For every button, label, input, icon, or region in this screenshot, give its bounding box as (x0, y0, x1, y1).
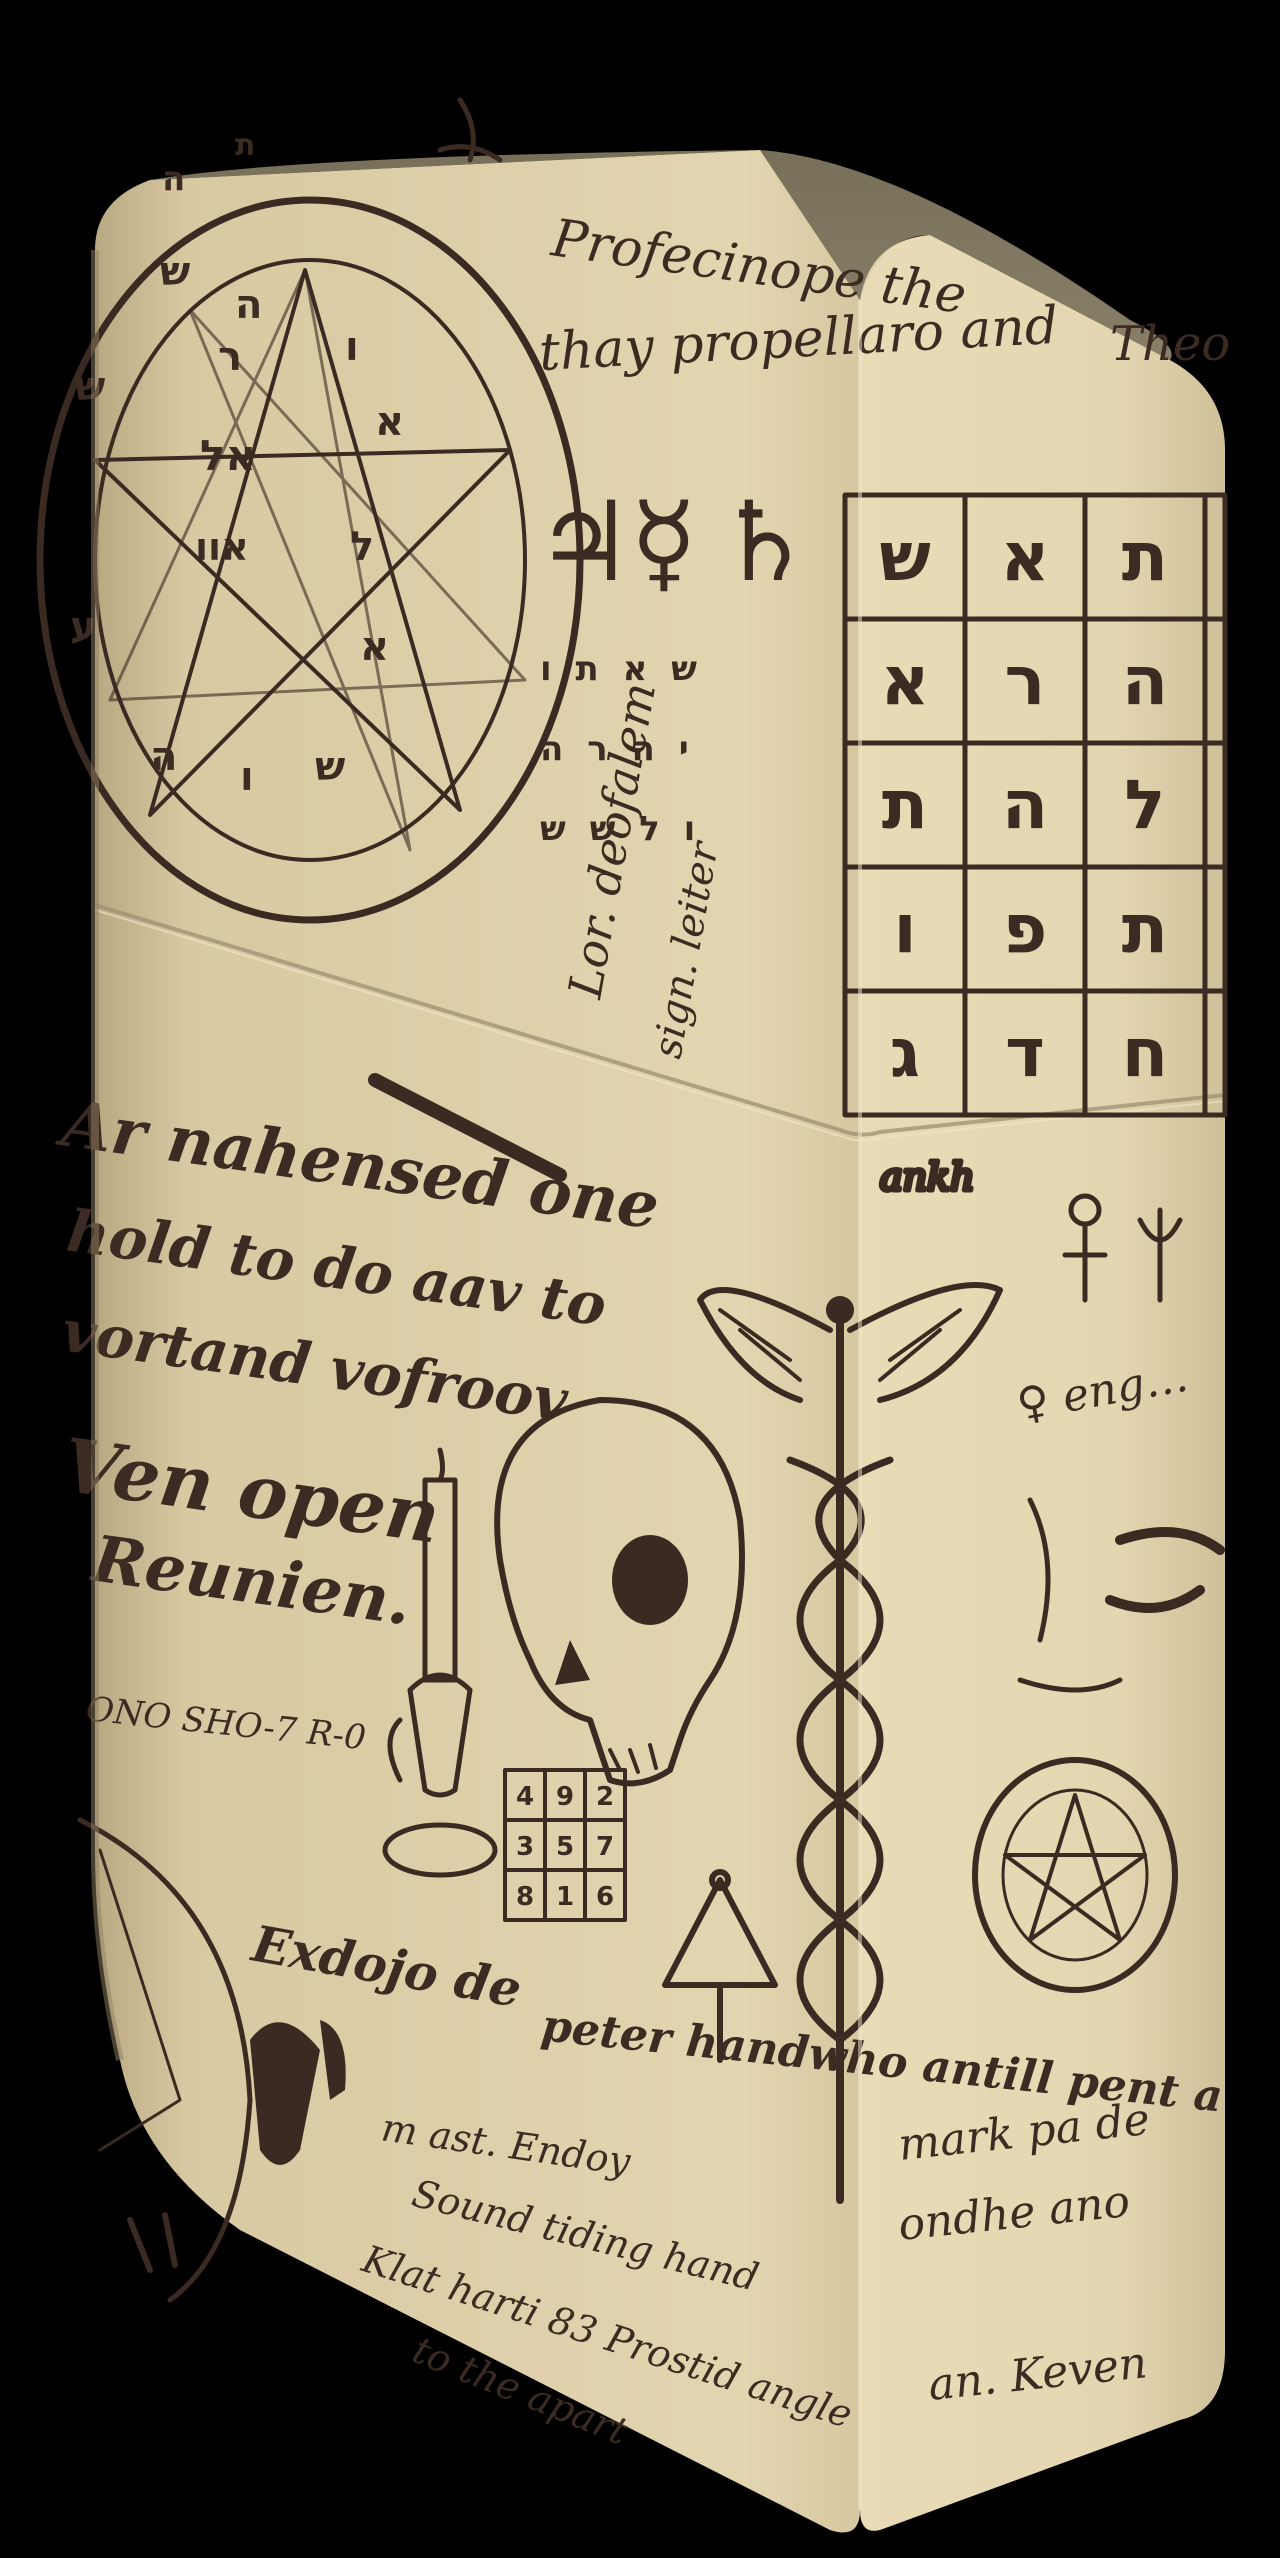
svg-text:ה: ה (1002, 766, 1049, 845)
svg-text:אל: אל (200, 431, 256, 480)
svg-text:אוו: אוו (195, 525, 249, 569)
svg-text:8: 8 (516, 1882, 534, 1912)
svg-text:פ: פ (1003, 890, 1048, 969)
svg-text:ו: ו (345, 324, 359, 370)
svg-text:4: 4 (516, 1782, 534, 1812)
svg-text:1: 1 (556, 1882, 574, 1912)
svg-text:ל: ל (1124, 766, 1165, 845)
svg-text:ח: ח (1122, 1014, 1169, 1093)
svg-text:ש: ש (879, 518, 931, 597)
svg-text:ה: ה (162, 159, 185, 199)
svg-text:ת: ת (882, 766, 928, 845)
svg-text:ankh: ankh (880, 1155, 975, 1199)
svg-text:ה: ה (150, 734, 177, 780)
svg-text:ו: ו (893, 890, 916, 969)
svg-text:ה: ה (1122, 642, 1169, 721)
svg-text:ת: ת (1122, 890, 1168, 969)
svg-text:א: א (880, 642, 930, 721)
svg-text:ש: ש (160, 249, 190, 295)
svg-text:2: 2 (596, 1782, 614, 1812)
svg-text:Theo: Theo (1110, 316, 1230, 372)
svg-text:7: 7 (596, 1832, 614, 1862)
svg-text:3: 3 (516, 1832, 534, 1862)
svg-text:א: א (360, 624, 389, 670)
svg-text:♄: ♄ (715, 478, 814, 606)
svg-text:ו: ו (240, 754, 254, 800)
svg-text:ה: ה (235, 282, 262, 328)
product-photo: ה ת ש ה ר ש ו א אל אוו ל ע א ה ו ש Profe… (0, 0, 1280, 2558)
svg-text:ל: ל (350, 524, 374, 570)
svg-text:ת: ת (235, 128, 256, 163)
svg-text:ג: ג (890, 1014, 920, 1093)
svg-text:☿: ☿ (630, 478, 698, 606)
svg-text:ש: ש (75, 364, 105, 410)
svg-text:5: 5 (556, 1832, 574, 1862)
svg-text:ד: ד (1005, 1014, 1045, 1093)
svg-text:ש: ש (315, 744, 345, 790)
svg-text:6: 6 (596, 1882, 614, 1912)
svg-text:ר: ר (218, 334, 242, 380)
small-magic-square: 4 9 2 3 5 7 8 1 6 (505, 1770, 625, 1920)
svg-text:א: א (375, 399, 404, 445)
planet-symbols: ♃ ☿ ♄ (535, 478, 814, 606)
svg-text:♃: ♃ (535, 478, 634, 606)
svg-text:א: א (1000, 518, 1050, 597)
svg-text:ת: ת (1122, 518, 1168, 597)
lighter-illustration: ה ת ש ה ר ש ו א אל אוו ל ע א ה ו ש Profe… (0, 0, 1280, 2558)
svg-text:9: 9 (556, 1782, 574, 1812)
svg-text:ר: ר (1005, 642, 1046, 721)
